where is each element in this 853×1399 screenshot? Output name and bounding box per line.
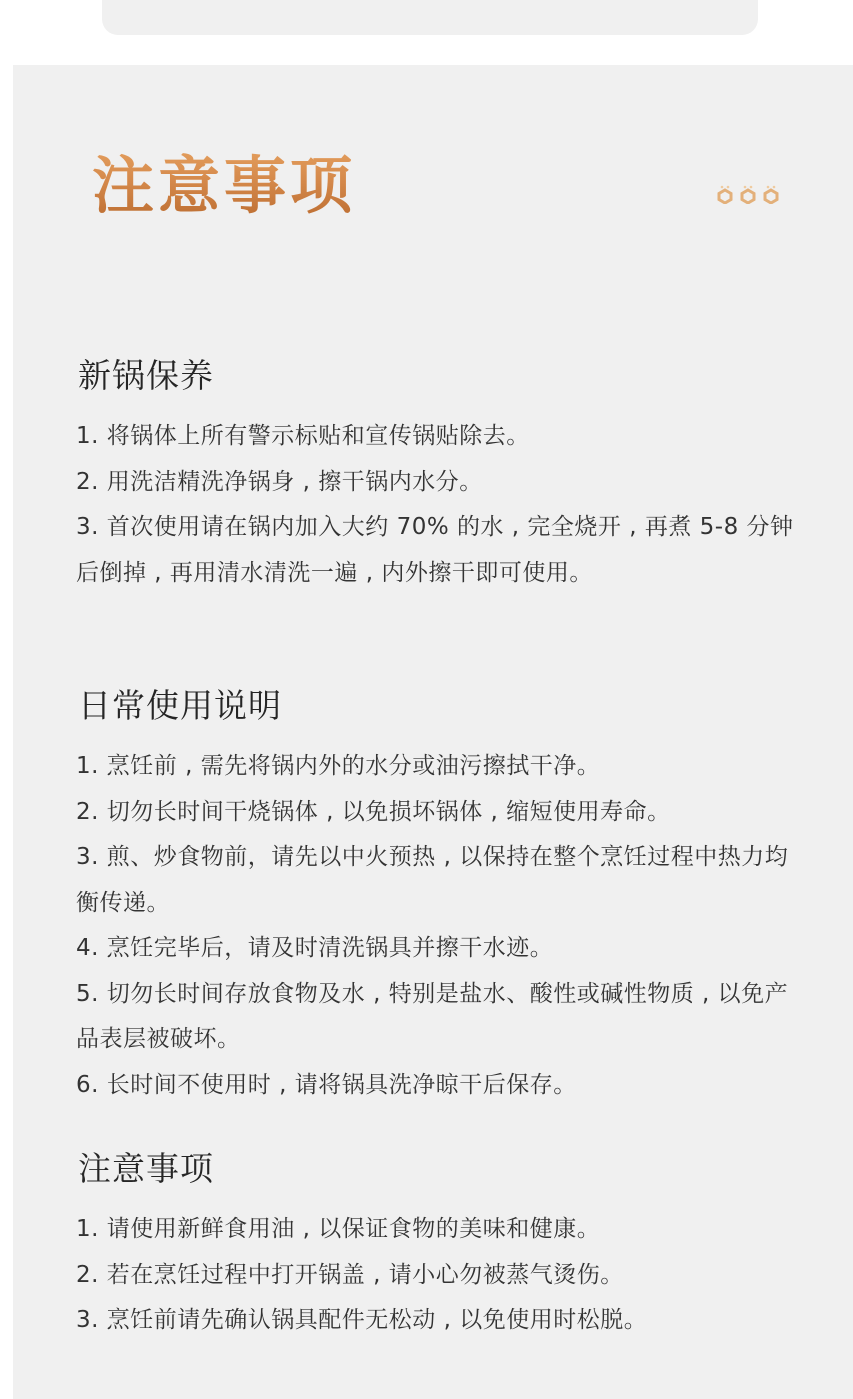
section-new-pot-care: 新锅保养 1. 将锅体上所有警示标贴和宣传锅贴除去。 2. 用洗洁精洗净锅身 ,… [76,354,796,596]
list-item: 5. 切勿长时间存放食物及水 , 特别是盐水、酸性或碱性物质 , 以免产品表层被… [76,972,796,1063]
list-item: 1. 请使用新鲜食用油 , 以保证食物的美味和健康。 [76,1207,796,1253]
section-daily-use: 日常使用说明 1. 烹饪前 , 需先将锅内外的水分或油污擦拭干净。 2. 切勿长… [76,684,796,1108]
section-precautions: 注意事项 1. 请使用新鲜食用油 , 以保证食物的美味和健康。 2. 若在烹饪过… [76,1147,796,1344]
section-title: 注意事项 [78,1147,796,1191]
list-item: 6. 长时间不使用时 , 请将锅具洗净晾干后保存。 [76,1063,796,1109]
item-list: 1. 烹饪前 , 需先将锅内外的水分或油污擦拭干净。 2. 切勿长时间干烧锅体 … [76,744,796,1108]
page-title: 注意事项 [92,146,356,226]
decor-icons [716,184,780,204]
list-item: 3. 煎、炒食物前，请先以中火预热 , 以保持在整个烹饪过程中热力均衡传递。 [76,835,796,926]
list-item: 1. 烹饪前 , 需先将锅内外的水分或油污擦拭干净。 [76,744,796,790]
list-item: 2. 切勿长时间干烧锅体 , 以免损坏锅体 , 缩短使用寿命。 [76,790,796,836]
hex-nut-icon [762,184,780,204]
top-card [102,0,758,35]
section-title: 新锅保养 [78,354,796,398]
list-item: 3. 烹饪前请先确认锅具配件无松动 , 以免使用时松脱。 [76,1298,796,1344]
list-item: 4. 烹饪完毕后，请及时清洗锅具并擦干水迹。 [76,926,796,972]
hex-nut-icon [716,184,734,204]
section-title: 日常使用说明 [78,684,796,728]
list-item: 2. 若在烹饪过程中打开锅盖 , 请小心勿被蒸气烫伤。 [76,1253,796,1299]
hex-nut-icon [739,184,757,204]
item-list: 1. 请使用新鲜食用油 , 以保证食物的美味和健康。 2. 若在烹饪过程中打开锅… [76,1207,796,1344]
list-item: 3. 首次使用请在锅内加入大约 70% 的水 , 完全烧开 , 再煮 5-8 分… [76,505,796,596]
item-list: 1. 将锅体上所有警示标贴和宣传锅贴除去。 2. 用洗洁精洗净锅身 , 擦干锅内… [76,414,796,596]
list-item: 1. 将锅体上所有警示标贴和宣传锅贴除去。 [76,414,796,460]
list-item: 2. 用洗洁精洗净锅身 , 擦干锅内水分。 [76,460,796,506]
